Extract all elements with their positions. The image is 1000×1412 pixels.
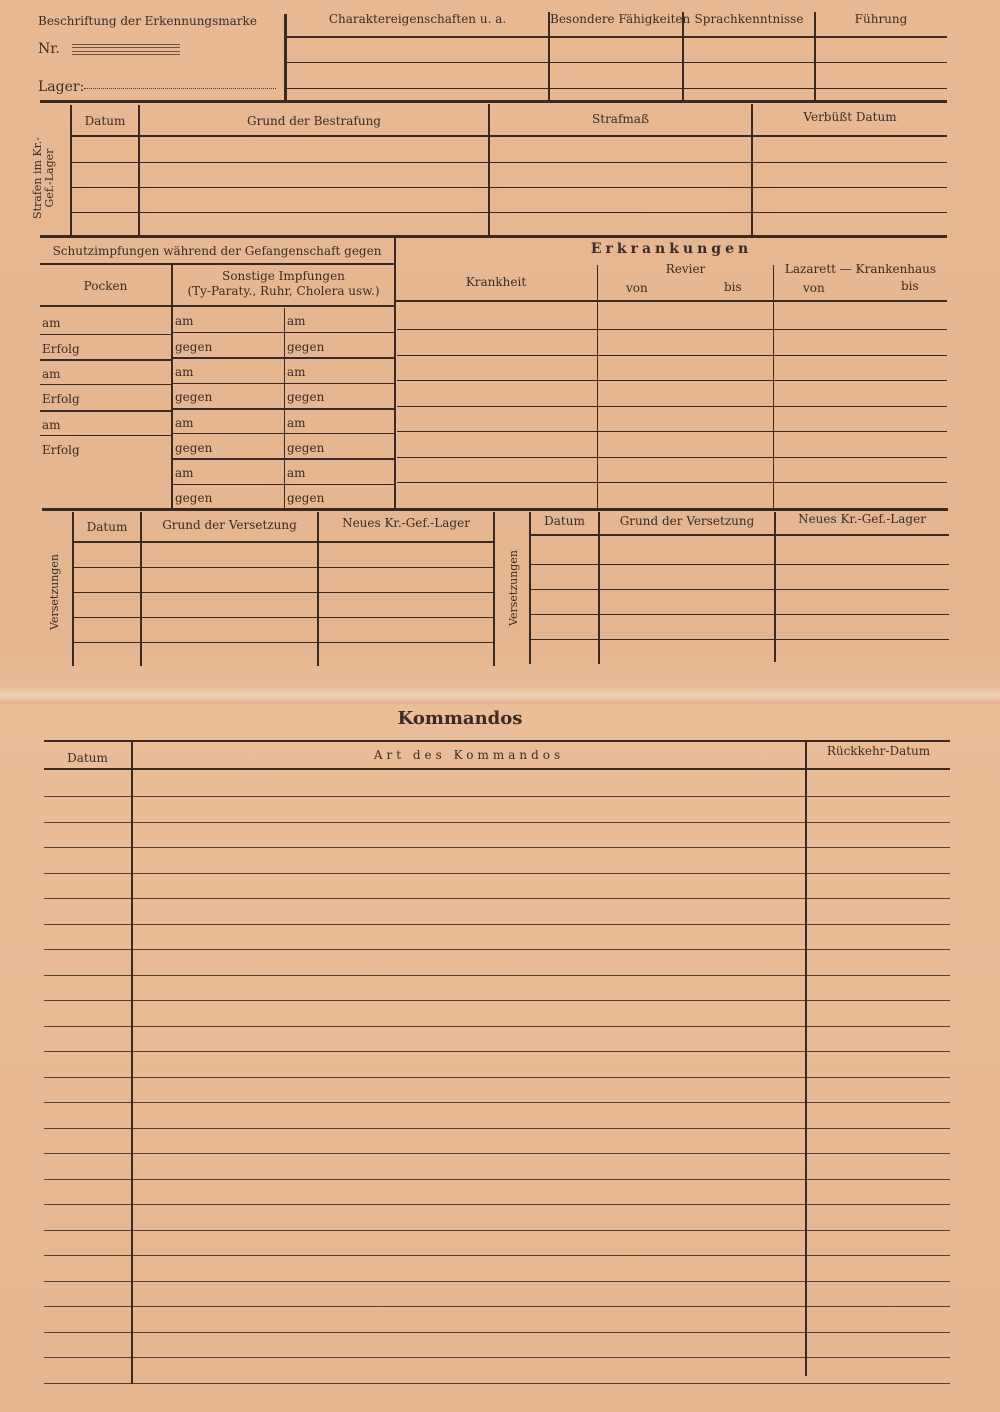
kommando-row-line <box>44 1000 950 1001</box>
punishments-entry-area[interactable] <box>72 137 947 235</box>
col-character: Charaktereigenschaften u. a. <box>287 12 548 26</box>
punishments-side-label: Strafen im Kr.- Gef.-Lager <box>32 128 56 228</box>
col-languages: Sprachkenntnisse <box>684 12 814 26</box>
revier-von: von <box>626 281 648 295</box>
vaccinations-title: Schutzimpfungen während der Gefangenscha… <box>40 244 394 258</box>
col-abilities: Besondere Fähigkeiten <box>550 12 682 26</box>
col-transfer-reason: Grund der Versetzung <box>142 518 317 532</box>
col-lazarett: Lazarett — Krankenhaus <box>774 262 947 276</box>
kommando-row-line <box>44 873 950 874</box>
kommando-row-line <box>44 924 950 925</box>
revier-bis: bis <box>724 280 742 294</box>
transfers-left-side-label: Versetzungen <box>49 547 61 637</box>
col-punish-date: Datum <box>72 114 138 128</box>
illnesses-title: Erkrankungen <box>396 242 947 256</box>
illnesses-entry-area[interactable] <box>397 302 947 506</box>
kommando-row-line <box>44 898 950 899</box>
kommando-row-line <box>44 1383 950 1384</box>
lazarett-bis: bis <box>901 279 919 293</box>
kommandos-entry-area[interactable] <box>44 770 950 1385</box>
lager-field[interactable] <box>84 88 276 89</box>
col-transfer-new-camp-2: Neues Kr.-Gef.-Lager <box>776 512 948 526</box>
col-other-vacc-2: (Ty-Paraty., Ruhr, Cholera usw.) <box>173 284 394 298</box>
kommando-row-line <box>44 1179 950 1180</box>
col-other-vacc-1: Sonstige Impfungen <box>173 269 394 283</box>
nr-field[interactable] <box>72 42 180 56</box>
col-revier: Revier <box>598 262 773 276</box>
kommando-row-line <box>44 796 950 797</box>
kommando-row-line <box>44 1026 950 1027</box>
kommando-row-line <box>44 1230 950 1231</box>
col-transfer-new-camp: Neues Kr.-Gef.-Lager <box>319 516 493 530</box>
lager-label: Lager: <box>38 80 84 94</box>
kommando-row-line <box>44 1204 950 1205</box>
kommando-row-line <box>44 1153 950 1154</box>
col-kommando-date: Datum <box>44 751 131 765</box>
col-kommando-return: Rückkehr-Datum <box>807 744 950 758</box>
col-transfer-date-2: Datum <box>531 514 598 528</box>
page-fold <box>0 688 1000 704</box>
tag-label: Beschriftung der Erkennungsmarke <box>38 14 257 28</box>
prisoner-record-card: Beschriftung der Erkennungsmarke Nr. Lag… <box>0 0 1000 1412</box>
col-punish-served: Verbüßt Datum <box>753 110 947 124</box>
transfers-right-side-label: Versetzungen <box>508 543 520 633</box>
kommando-row-line <box>44 1077 950 1078</box>
kommando-row-line <box>44 1102 950 1103</box>
transfers-left-entry-area[interactable] <box>74 543 493 666</box>
vaccinations-entry-area[interactable] <box>40 307 394 508</box>
col-illness: Krankheit <box>396 275 596 289</box>
kommando-row-line <box>44 1255 950 1256</box>
col-pocken: Pocken <box>40 279 171 293</box>
kommandos-title: Kommandos <box>0 712 920 726</box>
col-punish-sentence: Strafmaß <box>490 112 751 126</box>
transfers-right-entry-area[interactable] <box>531 536 949 664</box>
kommando-row-line <box>44 1306 950 1307</box>
kommando-row-line <box>44 1332 950 1333</box>
col-conduct: Führung <box>816 12 946 26</box>
kommando-row-line <box>44 949 950 950</box>
nr-label: Nr. <box>38 42 60 56</box>
header-entry-area[interactable] <box>287 38 947 100</box>
kommando-row-line <box>44 847 950 848</box>
kommando-row-line <box>44 975 950 976</box>
col-transfer-date: Datum <box>74 520 140 534</box>
col-punish-reason: Grund der Bestrafung <box>140 114 488 128</box>
kommando-row-line <box>44 1128 950 1129</box>
kommando-row-line <box>44 1357 950 1358</box>
col-transfer-reason-2: Grund der Versetzung <box>600 514 774 528</box>
col-kommando-type: Art des Kommandos <box>133 748 805 762</box>
kommando-row-line <box>44 822 950 823</box>
lazarett-von: von <box>803 281 825 295</box>
kommando-row-line <box>44 1051 950 1052</box>
kommando-row-line <box>44 1281 950 1282</box>
